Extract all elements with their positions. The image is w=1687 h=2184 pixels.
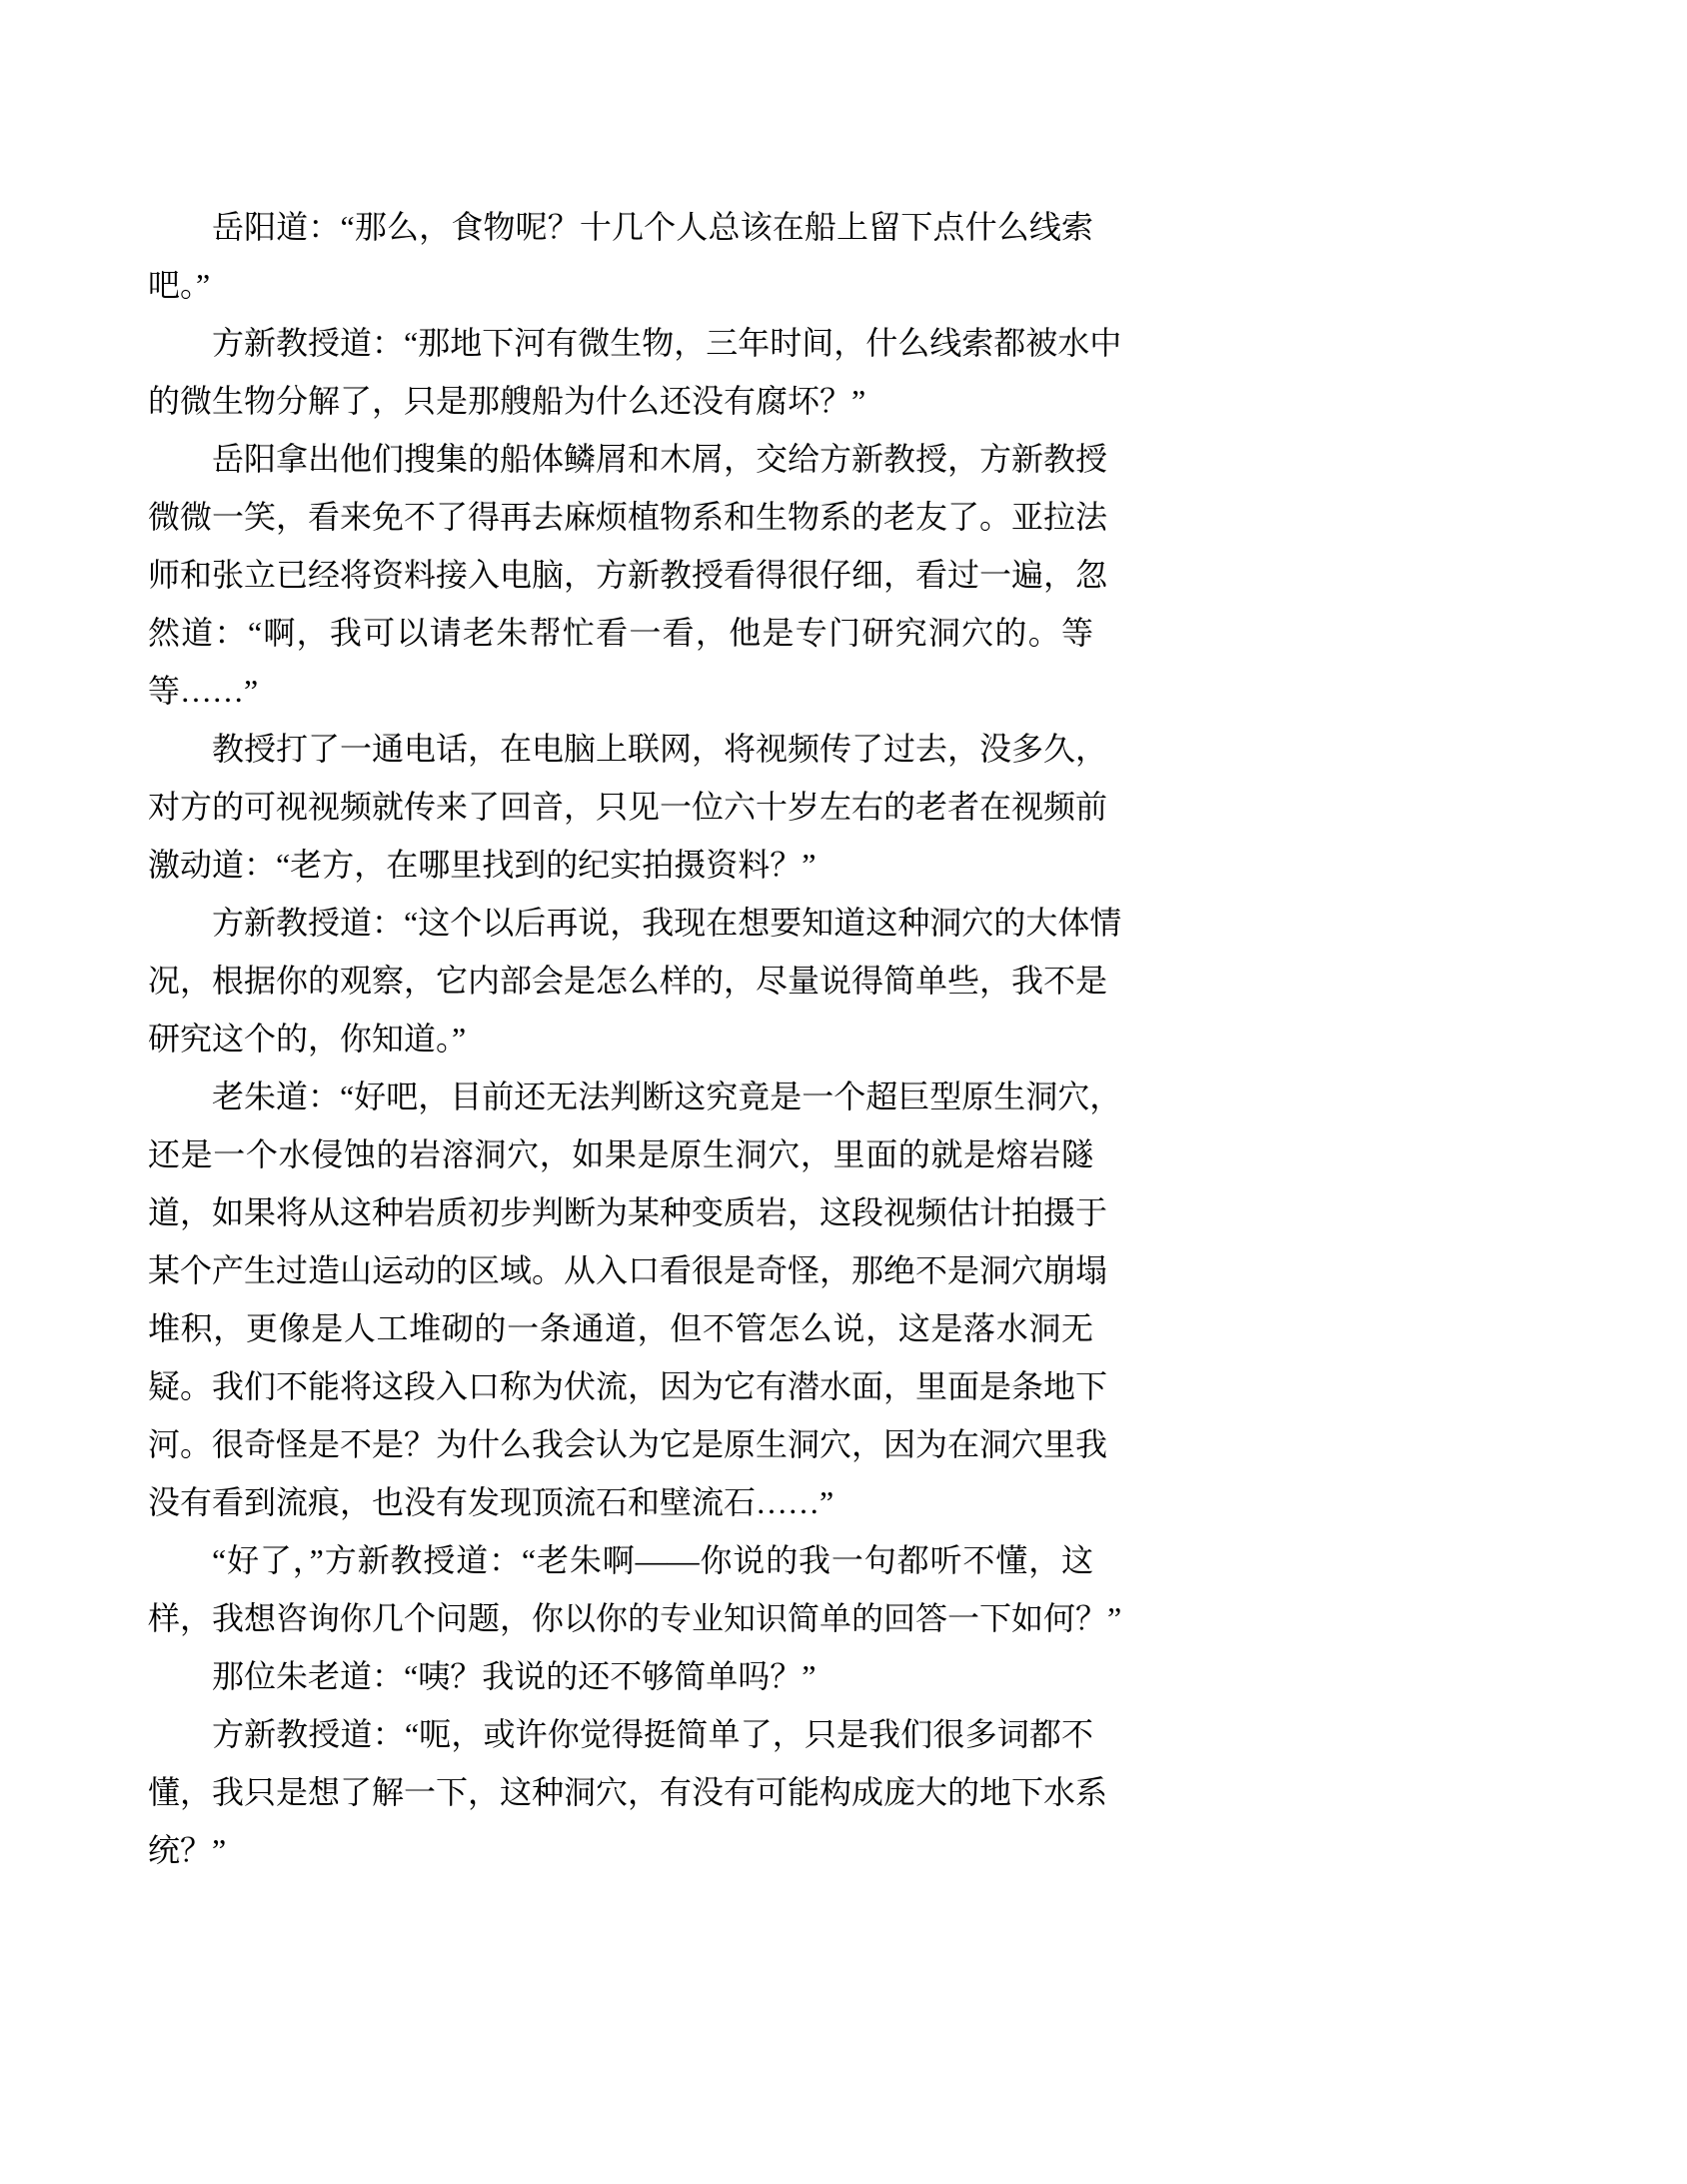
text-line: 研究这个的，你知道。” (148, 1010, 1093, 1068)
text-line: 某个产生过造山运动的区域。从入口看很是奇怪，那绝不是洞穴崩塌 (148, 1241, 1093, 1299)
text-line: 统？” (148, 1821, 1093, 1879)
paragraph: 老朱道：“好吧，目前还无法判断这究竟是一个超巨型原生洞穴，还是一个水侵蚀的岩溶洞… (148, 1068, 1093, 1531)
text-line: 方新教授道：“那地下河有微生物，三年时间，什么线索都被水中 (148, 314, 1093, 372)
text-line: 方新教授道：“这个以后再说，我现在想要知道这种洞穴的大体情 (148, 894, 1093, 952)
text-line: 对方的可视视频就传来了回音，只见一位六十岁左右的老者在视频前 (148, 778, 1093, 836)
text-line: 等……” (148, 662, 1093, 720)
text-line: 河。很奇怪是不是？为什么我会认为它是原生洞穴，因为在洞穴里我 (148, 1415, 1093, 1473)
text-line: 样，我想咨询你几个问题，你以你的专业知识简单的回答一下如何？” (148, 1589, 1093, 1647)
paragraph: 方新教授道：“呃，或许你觉得挺简单了，只是我们很多词都不懂，我只是想了解一下，这… (148, 1705, 1093, 1879)
paragraph: 教授打了一通电话，在电脑上联网，将视频传了过去，没多久，对方的可视视频就传来了回… (148, 720, 1093, 894)
text-line: 方新教授道：“呃，或许你觉得挺简单了，只是我们很多词都不 (148, 1705, 1093, 1763)
text-line: 岳阳拿出他们搜集的船体鳞屑和木屑，交给方新教授，方新教授 (148, 430, 1093, 488)
text-line: 岳阳道：“那么，食物呢？十几个人总该在船上留下点什么线索 (148, 198, 1093, 256)
text-line: 堆积，更像是人工堆砌的一条通道，但不管怎么说，这是落水洞无 (148, 1299, 1093, 1357)
text-line: 没有看到流痕，也没有发现顶流石和壁流石……” (148, 1473, 1093, 1531)
text-line: 老朱道：“好吧，目前还无法判断这究竟是一个超巨型原生洞穴， (148, 1068, 1093, 1125)
text-line: 激动道：“老方，在哪里找到的纪实拍摄资料？” (148, 836, 1093, 894)
text-line: 的微生物分解了，只是那艘船为什么还没有腐坏？” (148, 372, 1093, 430)
text-line: 微微一笑，看来免不了得再去麻烦植物系和生物系的老友了。亚拉法 (148, 488, 1093, 546)
text-line: 还是一个水侵蚀的岩溶洞穴，如果是原生洞穴，里面的就是熔岩隧 (148, 1125, 1093, 1183)
paragraph: 方新教授道：“那地下河有微生物，三年时间，什么线索都被水中的微生物分解了，只是那… (148, 314, 1093, 430)
text-line: 然道：“啊，我可以请老朱帮忙看一看，他是专门研究洞穴的。等 (148, 604, 1093, 662)
paragraph: 那位朱老道：“咦？我说的还不够简单吗？” (148, 1647, 1093, 1705)
text-line: “好了，”方新教授道：“老朱啊——你说的我一句都听不懂，这 (148, 1531, 1093, 1589)
text-line: 疑。我们不能将这段入口称为伏流，因为它有潜水面，里面是条地下 (148, 1357, 1093, 1415)
text-line: 懂，我只是想了解一下，这种洞穴，有没有可能构成庞大的地下水系 (148, 1763, 1093, 1821)
paragraph: 方新教授道：“这个以后再说，我现在想要知道这种洞穴的大体情况，根据你的观察，它内… (148, 894, 1093, 1068)
document-page: 岳阳道：“那么，食物呢？十几个人总该在船上留下点什么线索吧。”方新教授道：“那地… (0, 0, 1687, 2184)
text-block: 岳阳道：“那么，食物呢？十几个人总该在船上留下点什么线索吧。”方新教授道：“那地… (148, 198, 1093, 1879)
text-line: 那位朱老道：“咦？我说的还不够简单吗？” (148, 1647, 1093, 1705)
paragraph: 岳阳拿出他们搜集的船体鳞屑和木屑，交给方新教授，方新教授微微一笑，看来免不了得再… (148, 430, 1093, 720)
text-line: 况，根据你的观察，它内部会是怎么样的，尽量说得简单些，我不是 (148, 952, 1093, 1010)
text-line: 吧。” (148, 256, 1093, 314)
text-line: 教授打了一通电话，在电脑上联网，将视频传了过去，没多久， (148, 720, 1093, 778)
text-line: 师和张立已经将资料接入电脑，方新教授看得很仔细，看过一遍，忽 (148, 546, 1093, 604)
paragraph: 岳阳道：“那么，食物呢？十几个人总该在船上留下点什么线索吧。” (148, 198, 1093, 314)
paragraph: “好了，”方新教授道：“老朱啊——你说的我一句都听不懂，这样，我想咨询你几个问题… (148, 1531, 1093, 1647)
text-line: 道，如果将从这种岩质初步判断为某种变质岩，这段视频估计拍摄于 (148, 1183, 1093, 1241)
